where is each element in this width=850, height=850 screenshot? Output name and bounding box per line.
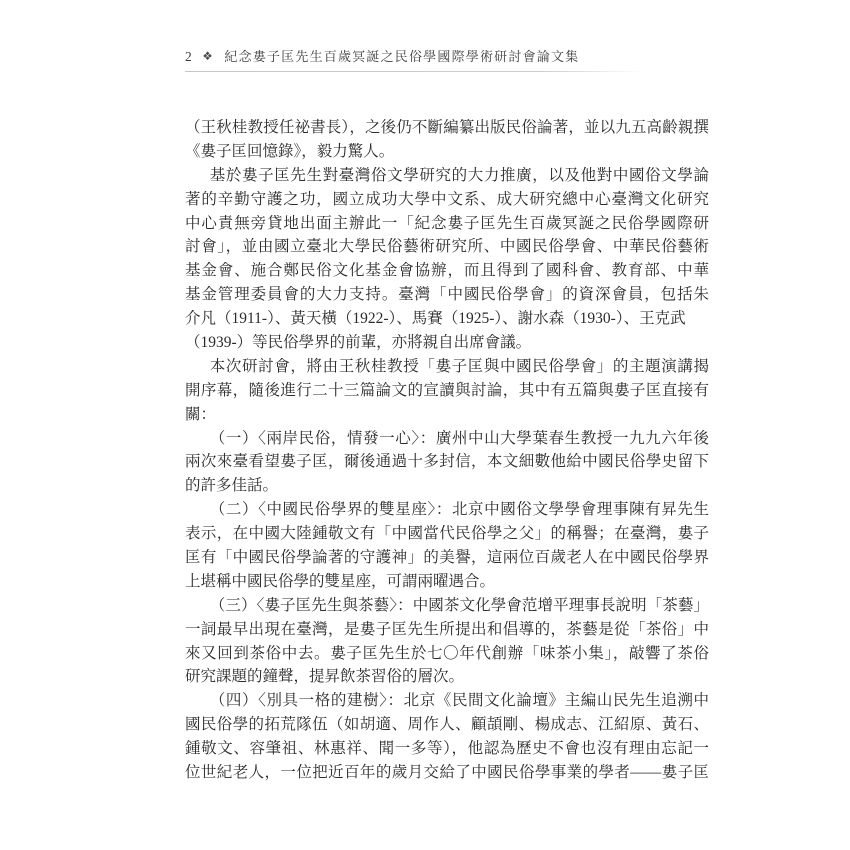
text-line: （二）〈中國民俗學界的雙星座〉：北京中國俗文學學會理事陳有昇先生 xyxy=(185,498,709,522)
text-line: 鍾敬文、容肇祖、林惠祥、聞一多等），他認為歷史不會也沒有理由忘記一 xyxy=(185,737,709,761)
text-line: 基金管理委員會的大力支持。臺灣「中國民俗學會」的資深會員，包括朱 xyxy=(185,283,709,307)
text-line: 介凡（1911-）、黃天橫（1922-）、馬賽（1925-）、謝水森（1930-… xyxy=(185,307,709,331)
text-line: （1939-）等民俗學界的前輩，亦將親自出席會議。 xyxy=(185,331,709,355)
text-line: 關： xyxy=(185,403,709,427)
text-line: 中心責無旁貸地出面主辦此一「紀念婁子匡先生百歲冥誕之民俗學國際研 xyxy=(185,212,709,236)
text-line: 基金會、施合鄭民俗文化基金會協辦，而且得到了國科會、教育部、中華 xyxy=(185,259,709,283)
text-line: 討會」，並由國立臺北大學民俗藝術研究所、中國民俗學會、中華民俗藝術 xyxy=(185,235,709,259)
running-header-title: 紀念婁子匡先生百歲冥誕之民俗學國際學術研討會論文集 xyxy=(224,49,579,64)
page-number: 2 xyxy=(185,49,193,64)
book-page: 2 ❖ 紀念婁子匡先生百歲冥誕之民俗學國際學術研討會論文集 （王秋桂教授任祕書長… xyxy=(0,0,850,850)
text-line: （三）〈婁子匡先生與茶藝〉：中國茶文化學會范增平理事長說明「茶藝」 xyxy=(185,594,709,618)
text-line: 基於婁子匡先生對臺灣俗文學研究的大力推廣，以及他對中國俗文學論 xyxy=(185,164,709,188)
header-rule xyxy=(185,71,643,72)
text-line: （王秋桂教授任祕書長），之後仍不斷編纂出版民俗論著，並以九五高齡親撰 xyxy=(185,116,709,140)
text-line: 兩次來臺看望婁子匡，爾後通過十多封信，本文細數他給中國民俗學史留下 xyxy=(185,450,709,474)
text-line: 本次研討會，將由王秋桂教授「婁子匡與中國民俗學會」的主題演講揭 xyxy=(185,355,709,379)
text-line: 匡有「中國民俗學論著的守護神」的美譽，這兩位百歲老人在中國民俗學界 xyxy=(185,546,709,570)
text-line: 位世紀老人，一位把近百年的歲月交給了中國民俗學事業的學者——婁子匡 xyxy=(185,761,709,785)
text-line: 上堪稱中國民俗學的雙星座，可謂兩曜遇合。 xyxy=(185,570,709,594)
text-line: 的許多佳話。 xyxy=(185,474,709,498)
document-body: （王秋桂教授任祕書長），之後仍不斷編纂出版民俗論著，並以九五高齡親撰《婁子匡回憶… xyxy=(185,116,709,785)
text-line: 著的辛勤守護之功，國立成功大學中文系、成大研究總中心臺灣文化研究 xyxy=(185,188,709,212)
text-line: （四）〈別具一格的建樹〉：北京《民間文化論壇》主編山民先生追溯中 xyxy=(185,689,709,713)
text-line: （一）〈兩岸民俗，情發一心〉：廣州中山大學葉春生教授一九九六年後 xyxy=(185,427,709,451)
text-line: 一詞最早出現在臺灣，是婁子匡先生所提出和倡導的，茶藝是從「茶俗」中 xyxy=(185,618,709,642)
text-line: 開序幕，隨後進行二十三篇論文的宣讀與討論，其中有五篇與婁子匡直接有 xyxy=(185,379,709,403)
text-line: 表示，在中國大陸鍾敬文有「中國當代民俗學之父」的稱譽；在臺灣，婁子 xyxy=(185,522,709,546)
ornament-diamond-icon: ❖ xyxy=(202,51,214,63)
text-line: 《婁子匡回憶錄》，毅力驚人。 xyxy=(185,140,709,164)
text-line: 國民俗學的拓荒隊伍（如胡適、周作人、顧頡剛、楊成志、江紹原、黃石、 xyxy=(185,713,709,737)
text-line: 來又回到茶俗中去。婁子匡先生於七〇年代創辦「味茶小集」，敲響了茶俗 xyxy=(185,642,709,666)
text-line: 研究課題的鐘聲，提昇飲茶習俗的層次。 xyxy=(185,665,709,689)
running-header: 2 ❖ 紀念婁子匡先生百歲冥誕之民俗學國際學術研討會論文集 xyxy=(185,46,579,65)
